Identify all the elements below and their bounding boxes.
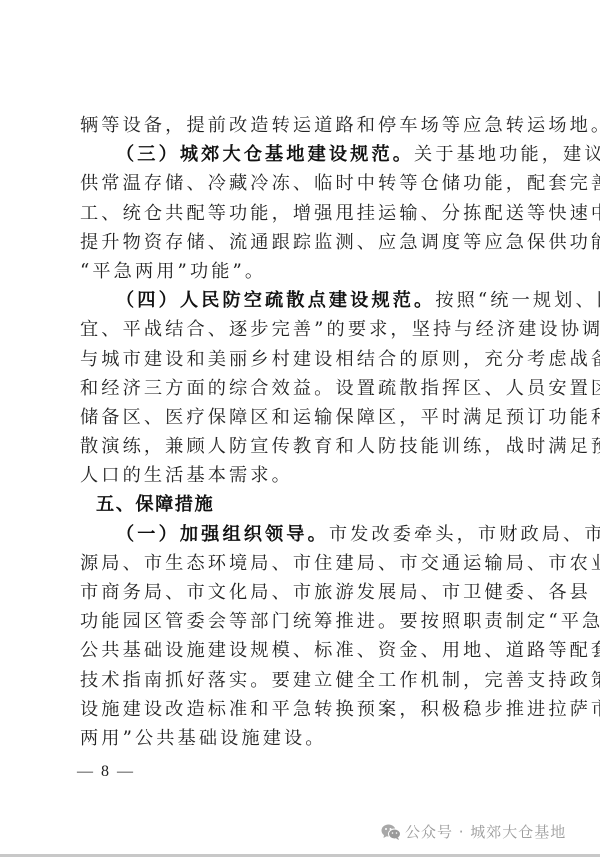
paragraph-line: 辆等设备，提前改造转运道路和停车场等应急转运场地。 bbox=[80, 111, 528, 140]
paragraph-line: 提升物资存储、流通跟踪监测、应急调度等应急保供功能，夯实 bbox=[80, 228, 528, 257]
line-text: 源局、市生态环境局、市住建局、市交通运输局、市农业农村局、 bbox=[80, 553, 600, 574]
paragraph-line: 人口的生活基本需求。 bbox=[80, 461, 528, 490]
document-body: 辆等设备，提前改造转运道路和停车场等应急转运场地。 （三）城郊大仓基地建设规范。… bbox=[80, 111, 528, 753]
paragraph-line: 源局、市生态环境局、市住建局、市交通运输局、市农业农村局、 bbox=[80, 549, 528, 578]
line-text: 和经济三方面的综合效益。设置疏散指挥区、人员安置区、物资 bbox=[80, 378, 600, 399]
line-text: 公共基础设施建设规模、标准、资金、用地、道路等配套政策或 bbox=[80, 640, 600, 661]
line-text: 辆等设备，提前改造转运道路和停车场等应急转运场地。 bbox=[80, 115, 600, 136]
paragraph-line: 工、统仓共配等功能，增强甩挂运输、分拣配送等快速中转功能。 bbox=[80, 199, 528, 228]
line-text: “平急两用”功能”。 bbox=[80, 261, 266, 282]
watermark: 公众号 · 城郊大仓基地 bbox=[381, 821, 566, 842]
paragraph-line: （四）人民防空疏散点建设规范。按照“统一规划、因地制 bbox=[80, 286, 528, 315]
section-heading-text: 五、保障措施 bbox=[96, 494, 214, 515]
paragraph-line: 技术指南抓好落实。要建立健全工作机制，完善支持政策，优化 bbox=[80, 666, 528, 695]
paragraph-line: 市商务局、市文化局、市旅游发展局、市卫健委、各县（区）、 bbox=[80, 578, 528, 607]
paragraph-line: （一）加强组织领导。市发改委牵头，市财政局、市自然资 bbox=[80, 520, 528, 549]
line-text: 两用”公共基础设施建设。 bbox=[80, 728, 327, 749]
line-text: 工、统仓共配等功能，增强甩挂运输、分拣配送等快速中转功能。 bbox=[80, 203, 600, 224]
paragraph-line: “平急两用”功能”。 bbox=[80, 257, 528, 286]
line-text: 功能园区管委会等部门统筹推进。要按照职责制定“平急两用” bbox=[80, 611, 600, 632]
paragraph-line: 公共基础设施建设规模、标准、资金、用地、道路等配套政策或 bbox=[80, 636, 528, 665]
line-text: 散演练，兼顾人防宣传教育和人防技能训练，战时满足预定疏散 bbox=[80, 436, 600, 457]
line-text: 供常温存储、冷藏冷冻、临时中转等仓储功能，配套完善流通加 bbox=[80, 173, 600, 194]
paragraph-line: 两用”公共基础设施建设。 bbox=[80, 724, 528, 753]
watermark-text: 公众号 · 城郊大仓基地 bbox=[405, 821, 566, 842]
paragraph-line: 与城市建设和美丽乡村建设相结合的原则，充分考虑战备、社会 bbox=[80, 345, 528, 374]
paragraph-line: 储备区、医疗保障区和运输保障区，平时满足预订功能和人口疏 bbox=[80, 403, 528, 432]
document-page: 辆等设备，提前改造转运道路和停车场等应急转运场地。 （三）城郊大仓基地建设规范。… bbox=[0, 0, 600, 857]
wechat-icon bbox=[381, 824, 401, 840]
page-number: — 8 — bbox=[77, 763, 135, 781]
paragraph-line: 和经济三方面的综合效益。设置疏散指挥区、人员安置区、物资 bbox=[80, 374, 528, 403]
line-text: 与城市建设和美丽乡村建设相结合的原则，充分考虑战备、社会 bbox=[80, 349, 600, 370]
line-text: 人口的生活基本需求。 bbox=[80, 465, 293, 486]
paragraph-line: 功能园区管委会等部门统筹推进。要按照职责制定“平急两用” bbox=[80, 607, 528, 636]
line-text: 关于基地功能，建议完善“提 bbox=[414, 144, 600, 165]
section-subheading: （一）加强组织领导。 bbox=[116, 524, 329, 545]
paragraph-line: 散演练，兼顾人防宣传教育和人防技能训练，战时满足预定疏散 bbox=[80, 432, 528, 461]
paragraph-line: 设施建设改造标准和平急转换预案，积极稳步推进拉萨市“平急 bbox=[80, 695, 528, 724]
line-text: 市发改委牵头，市财政局、市自然资 bbox=[329, 524, 600, 545]
section-subheading: （三）城郊大仓基地建设规范。 bbox=[116, 144, 414, 165]
line-text: 按照“统一规划、因地制 bbox=[435, 290, 600, 311]
line-text: 市商务局、市文化局、市旅游发展局、市卫健委、各县（区）、 bbox=[80, 582, 600, 603]
line-text: 储备区、医疗保障区和运输保障区，平时满足预订功能和人口疏 bbox=[80, 407, 600, 428]
paragraph-line: 供常温存储、冷藏冷冻、临时中转等仓储功能，配套完善流通加 bbox=[80, 169, 528, 198]
section-heading: 五、保障措施 bbox=[80, 490, 528, 519]
line-text: 提升物资存储、流通跟踪监测、应急调度等应急保供功能，夯实 bbox=[80, 232, 600, 253]
paragraph-line: （三）城郊大仓基地建设规范。关于基地功能，建议完善“提 bbox=[80, 140, 528, 169]
section-subheading: （四）人民防空疏散点建设规范。 bbox=[116, 290, 435, 311]
line-text: 技术指南抓好落实。要建立健全工作机制，完善支持政策，优化 bbox=[80, 670, 600, 691]
line-text: 设施建设改造标准和平急转换预案，积极稳步推进拉萨市“平急 bbox=[80, 699, 600, 720]
line-text: 宜、平战结合、逐步完善”的要求，坚持与经济建设协调发展、 bbox=[80, 319, 600, 340]
paragraph-line: 宜、平战结合、逐步完善”的要求，坚持与经济建设协调发展、 bbox=[80, 315, 528, 344]
